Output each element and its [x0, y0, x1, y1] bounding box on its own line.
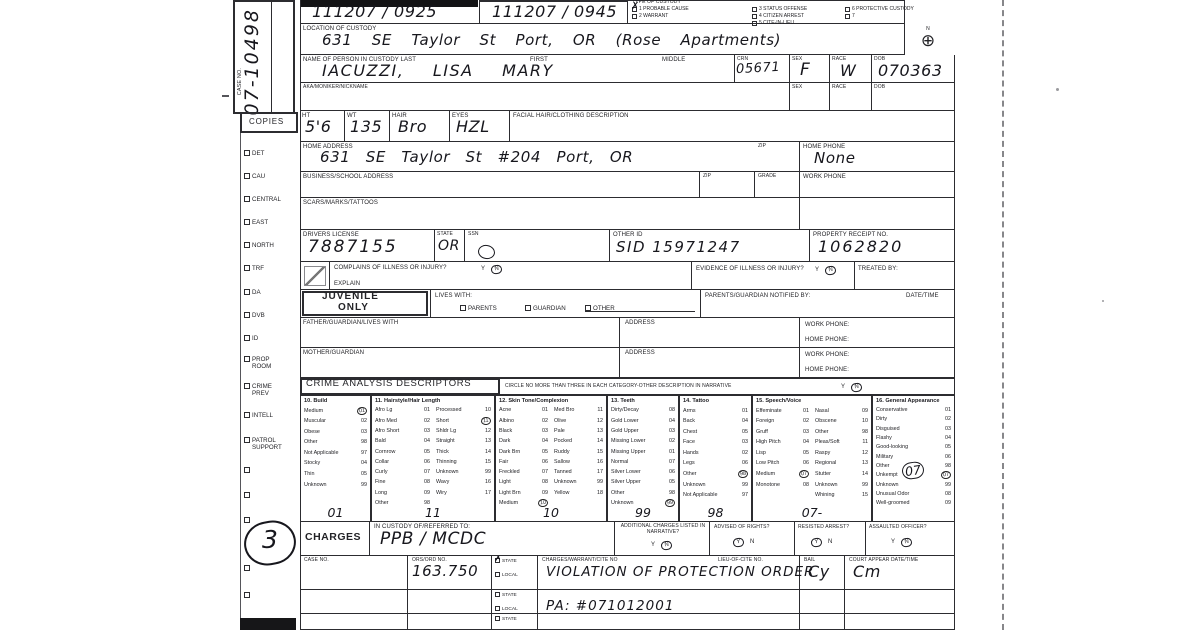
descriptor-entry-code: 17 — [597, 469, 603, 475]
sidebar-item-label: DVB — [252, 312, 265, 319]
descriptor-entry-label: Nasal — [815, 408, 829, 414]
ors-value: 163.750 — [412, 564, 478, 579]
checkbox-icon — [632, 14, 637, 19]
sidebar-item-cau: CAU — [244, 173, 265, 180]
descriptor-entry: Pocked14 — [551, 436, 606, 446]
descriptor-entry: Fair06 — [496, 457, 551, 467]
aka-cell — [300, 83, 790, 111]
sidebar-item-label: CENTRAL — [252, 196, 281, 203]
descriptor-entry-label: Dark Brn — [499, 449, 520, 455]
descriptor-entry-code: 15 — [597, 449, 603, 455]
checkbox-icon — [525, 305, 531, 311]
sidebar-item-prop-room: PROPROOM — [244, 356, 271, 370]
mother-home-phone-label: HOME PHONE: — [805, 367, 849, 374]
descriptor-entry: Missing Lower02 — [608, 436, 678, 446]
advised-rights-label: ADVISED OF RIGHTS? — [714, 525, 770, 531]
descriptor-entry-code: 07 — [424, 469, 430, 475]
state-option: STATE — [495, 592, 537, 599]
descriptor-entry-code: 13 — [862, 460, 868, 466]
descriptor-entry: Nasal09 — [812, 405, 871, 416]
compass-icon: N ⊕ — [916, 26, 940, 49]
descriptor-entry-code: 01 — [742, 408, 748, 414]
descriptor-entry-label: Raspy — [815, 450, 830, 456]
descriptor-entry-label: Stocky — [304, 460, 320, 466]
descriptor-entry-code: 09 — [542, 490, 548, 496]
charge-cell — [300, 614, 408, 630]
assaulted-officer-label: ASSAULTED OFFICER? — [869, 525, 927, 531]
descriptor-entry-code: 04 — [542, 438, 548, 444]
descriptor-entry-code: 12 — [862, 450, 868, 456]
descriptor-entry: Unknown99 — [433, 467, 494, 477]
business-zip-label: ZIP — [703, 174, 711, 180]
descriptor-entry-label: Back — [683, 418, 695, 424]
sidebar-item-label: CAU — [252, 173, 265, 180]
descriptor-col-header: 11. Hairstyle/Hair Length — [372, 396, 494, 405]
checkbox-icon — [495, 572, 500, 577]
case-strip-divider — [271, 0, 272, 112]
descriptor-entry-code: 97 — [742, 492, 748, 498]
descriptor-written-value: 10 — [496, 505, 606, 520]
custody-datetime-value: 111207 / 0925 — [312, 4, 437, 20]
descriptor-entry-label: Silver Lower — [611, 469, 641, 475]
checkbox-icon — [244, 312, 250, 318]
descriptor-entry-code: 01 — [945, 407, 951, 413]
dl-state-value: OR — [438, 239, 460, 253]
treated-by-label: TREATED BY: — [858, 266, 898, 273]
charge-cell: STATELOCAL — [492, 590, 538, 614]
descriptor-entry-label: Disguised — [876, 426, 900, 432]
descriptor-entry: Other98 — [680, 469, 751, 480]
descriptor-entry-label: Low Pitch — [756, 460, 779, 466]
checkbox-icon — [244, 356, 250, 362]
grade-label: GRADE — [758, 174, 776, 180]
mother-work-phone-label: WORK PHONE: — [805, 352, 850, 359]
checkbox-icon — [244, 335, 250, 341]
descriptor-entry-label: Olive — [554, 418, 566, 424]
charge-cell — [800, 614, 845, 630]
sidebar-item-label: TRF — [252, 265, 264, 272]
descriptor-entry: Not Applicable97 — [301, 448, 370, 459]
explain-label: EXPLAIN — [334, 281, 360, 288]
descriptor-entry: Short11 — [433, 416, 494, 426]
charge-cell: STATELOCAL — [492, 556, 538, 590]
sidebar-item-label: DA — [252, 289, 261, 296]
sidebar-blank-item — [244, 517, 252, 523]
lives-with-label: LIVES WITH: — [435, 293, 472, 300]
sidebar-item-id: ID — [244, 335, 258, 342]
copies-header: COPIES — [249, 119, 284, 126]
checkbox-icon — [460, 305, 466, 311]
descriptor-entry-label: Foreign — [756, 418, 774, 424]
descriptor-entry-code: 05 — [742, 429, 748, 435]
descriptor-entry: Gruff03 — [753, 426, 812, 437]
descriptor-entry: Thick14 — [433, 446, 494, 456]
mother-label: MOTHER/GUARDIAN — [303, 350, 364, 357]
descriptor-entry-label: Light — [499, 479, 511, 485]
custody-type-label: 3 STATUS OFFENSE — [759, 7, 807, 13]
descriptor-entry-label: Unknown — [683, 482, 705, 488]
descriptor-entry: Afro Short03 — [372, 426, 433, 436]
descriptor-entry-label: Missing Lower — [611, 438, 645, 444]
sidebar-item-label: PATROLSUPPORT — [252, 437, 282, 451]
descriptor-entry-code: 06 — [669, 469, 675, 475]
custody-type-label: 7 — [852, 14, 855, 20]
descriptor-entry-label: Well-groomed — [876, 500, 909, 506]
sex-value: F — [800, 62, 810, 79]
scars-label: SCARS/MARKS/TATTOOS — [303, 200, 378, 207]
descriptor-entry-code: 10 — [862, 418, 868, 424]
additional-charges-yn: YN — [648, 541, 675, 550]
descriptor-entry-code: 09 — [945, 500, 951, 506]
descriptor-entry: Foreign02 — [753, 416, 812, 427]
descriptor-entry: Olive12 — [551, 416, 606, 426]
father-home-phone-label: HOME PHONE: — [805, 337, 849, 344]
descriptor-entry: Arms01 — [680, 405, 751, 416]
descriptor-entry-label: Pocked — [554, 438, 572, 444]
descriptor-entry-label: Obscene — [815, 418, 837, 424]
descriptor-entry-code: 11 — [597, 407, 603, 413]
descriptor-entry-code: 97 — [361, 450, 367, 456]
descriptor-entry: Thin05 — [301, 469, 370, 480]
descriptor-entry-code: 06 — [742, 460, 748, 466]
local-option: LOCAL — [495, 572, 537, 579]
descriptor-entry-label: Thinning — [436, 459, 457, 465]
checkbox-icon — [244, 196, 250, 202]
lives-with-option-label: GUARDIAN — [533, 305, 566, 312]
descriptor-entry-label: Gruff — [756, 429, 768, 435]
descriptor-entry-code: 04 — [669, 418, 675, 424]
sidebar-item-da: DA — [244, 289, 261, 296]
descriptor-col-build: 10. BuildMedium01Muscular02Obese03Other9… — [300, 395, 371, 522]
checkbox-icon — [244, 592, 250, 598]
descriptor-entry: Collar06 — [372, 457, 433, 467]
sidebar-blank-item — [244, 467, 252, 473]
descriptor-entry-code: 98 — [862, 429, 868, 435]
descriptor-entry-label: Ruddy — [554, 449, 570, 455]
descriptor-entry: Lisp05 — [753, 448, 812, 459]
descriptor-entry: High Pitch04 — [753, 437, 812, 448]
descriptor-entry-code: 08 — [669, 407, 675, 413]
case-no-label: CASE NO. — [304, 558, 329, 564]
lieu-label: LIEU-OF-CITE NO. — [718, 558, 763, 564]
descriptor-entry-label: Stutter — [815, 471, 831, 477]
descriptor-entry-label: Short — [436, 418, 449, 424]
descriptor-entry-label: Afro Lg — [375, 407, 392, 413]
lives-with-option: PARENTS — [460, 305, 497, 312]
checkbox-icon — [495, 592, 500, 597]
descriptor-entry-code: 18 — [597, 490, 603, 496]
descriptor-entry: Raspy12 — [812, 448, 871, 459]
descriptor-entry: Conservative01 — [873, 405, 954, 414]
descriptor-entry-code: 14 — [485, 449, 491, 455]
descriptor-entry-code: 98 — [361, 439, 367, 445]
descriptor-entry: Normal07 — [608, 457, 678, 467]
descriptor-entry-label: Silver Upper — [611, 479, 641, 485]
descriptor-entry-label: Conservative — [876, 407, 907, 413]
descriptor-entry-code: 98 — [738, 470, 749, 479]
descriptor-entry: Unknown99 — [301, 479, 370, 490]
sidebar-item-central: CENTRAL — [244, 196, 281, 203]
descriptor-entry: Dark04 — [496, 436, 551, 446]
custody-type-option: 2 WARRANT — [632, 14, 668, 20]
custody-type-option: 4 CITIZEN ARREST — [752, 14, 804, 20]
checkbox-icon — [495, 616, 500, 621]
descriptor-entry-label: Normal — [611, 459, 628, 465]
scanned-custody-report: CASE NO. 07-10498 COPIES DETCAUCENTRALEA… — [0, 0, 1200, 630]
descriptor-entry: Cornrow05 — [372, 446, 433, 456]
custody-type-option: 3 STATUS OFFENSE — [752, 7, 807, 13]
descriptor-entry-code: 05 — [945, 444, 951, 450]
evidence-yn: YN — [812, 266, 839, 275]
sidebar-item-label: ID — [252, 335, 258, 342]
descriptor-entry-label: Unknown — [815, 482, 837, 488]
descriptor-entry — [753, 490, 812, 501]
descriptor-entry: Obese03 — [301, 426, 370, 437]
descriptor-entry-label: Fine — [375, 479, 386, 485]
descriptor-entry-label: Face — [683, 439, 695, 445]
checkbox-icon — [495, 558, 500, 563]
descriptor-entry: Gold Lower04 — [608, 416, 678, 426]
aka-label: AKA/MONIKER/NICKNAME — [303, 85, 368, 91]
descriptor-entry-code: 07 — [941, 471, 952, 480]
charge-cell — [845, 614, 955, 630]
father-work-phone-label: WORK PHONE: — [805, 322, 850, 329]
descriptor-entry: Sallow16 — [551, 457, 606, 467]
descriptor-entry: Disguised03 — [873, 424, 954, 433]
other-blank-line — [585, 311, 695, 312]
descriptor-entry-label: Sallow — [554, 459, 570, 465]
descriptor-entry-code: 07 — [799, 470, 810, 479]
descriptor-entry-code: 01 — [424, 407, 430, 413]
descriptor-entry: Unknown99 — [812, 479, 871, 490]
crn-value: 05671 — [736, 61, 781, 76]
sidebar-item-det: DET — [244, 150, 264, 157]
scan-speck — [1102, 300, 1104, 302]
descriptor-entry-code: 05 — [361, 471, 367, 477]
descriptor-entry-label: Unknown — [554, 479, 576, 485]
descriptor-entry-label: Chest — [683, 429, 697, 435]
dl-state-label: STATE — [437, 232, 453, 238]
descriptor-entry-label: Legs — [683, 460, 695, 466]
descriptor-entry-code: 03 — [542, 428, 548, 434]
descriptor-entry: Missing Upper01 — [608, 446, 678, 456]
descriptor-entry-label: Whining — [815, 492, 834, 498]
descriptor-entry-code: 13 — [485, 438, 491, 444]
descriptor-entry-label: Not Applicable — [683, 492, 717, 498]
local-label: LOCAL — [502, 606, 518, 613]
descriptor-entry: Low Pitch06 — [753, 458, 812, 469]
charge-tally-value: 3 — [262, 527, 279, 552]
descriptor-entry-label: Gold Upper — [611, 428, 639, 434]
father-label: FATHER/GUARDIAN/LIVES WITH — [303, 320, 398, 327]
descriptor-entry-label: Tanned — [554, 469, 572, 475]
eyes-value: HZL — [456, 119, 490, 135]
descriptor-entry: Back04 — [680, 416, 751, 427]
charge-cell: STATELOCAL — [492, 614, 538, 630]
drivers-license-value: 7887155 — [308, 239, 398, 256]
descriptor-entry-code: 02 — [669, 438, 675, 444]
home-address-value: 631 SE Taylor St #204 Port, OR — [320, 150, 633, 165]
sidebar-blank-item — [244, 565, 252, 571]
charge-cell — [408, 590, 492, 614]
sidebar-item-north: NORTH — [244, 242, 274, 249]
descriptor-entry: Well-groomed09 — [873, 499, 954, 508]
descriptor-entry-code: 04 — [742, 418, 748, 424]
state-label: STATE — [502, 616, 517, 623]
sidebar-item-label: NORTH — [252, 242, 274, 249]
descriptor-entry-label: Freckled — [499, 469, 520, 475]
descriptor-entry: Tanned17 — [551, 467, 606, 477]
checkbox-icon — [632, 7, 637, 12]
local-label: LOCAL — [502, 572, 518, 579]
descriptor-entry: Medium07 — [753, 469, 812, 480]
descriptor-entry-code: 03 — [945, 426, 951, 432]
descriptor-entry: Regional13 — [812, 458, 871, 469]
sidebar-item-intell: INTELL — [244, 412, 273, 419]
descriptor-col-hairstyle-hair-length: 11. Hairstyle/Hair LengthAfro Lg01Proces… — [371, 395, 495, 522]
custody-type-label: 4 CITIZEN ARREST — [759, 14, 804, 20]
custody-type-option: 7 — [845, 14, 855, 20]
bail-value: Cy — [808, 564, 830, 580]
descriptor-entry-label: Unknown — [876, 482, 898, 488]
descriptor-entry-code: 02 — [803, 418, 809, 424]
descriptor-entry-label: Missing Upper — [611, 449, 645, 455]
descriptor-entry: Processed10 — [433, 405, 494, 415]
other-id-value: SID 15971247 — [616, 240, 741, 255]
descriptor-entry-label: Dirty/Decay — [611, 407, 639, 413]
descriptor-entry-label: Pleas/Soft — [815, 439, 840, 445]
descriptor-written-value: 07- — [753, 505, 871, 520]
descriptor-entry-label: Curly — [375, 469, 388, 475]
sidebar-left-rule — [240, 133, 241, 620]
descriptor-entry-label: Arms — [683, 408, 696, 414]
descriptor-written-value: 11 — [372, 505, 494, 520]
descriptor-entry-label: Regional — [815, 460, 836, 466]
descriptor-entry-code: 03 — [424, 428, 430, 434]
descriptor-entry-code: 08 — [803, 482, 809, 488]
descriptor-entry: Obscene10 — [812, 416, 871, 427]
sidebar-blank-item — [244, 492, 252, 498]
descriptor-col-general-appearance: 16. General AppearanceConservative01Dirt… — [872, 395, 955, 522]
resisted-arrest-label: RESISTED ARREST? — [798, 525, 849, 531]
home-phone-value: None — [814, 151, 856, 166]
descriptor-entry-label: Monotone — [756, 482, 780, 488]
descriptor-entry-code: 15 — [485, 459, 491, 465]
state-label: STATE — [502, 558, 517, 565]
descriptor-entry-code: 08 — [424, 479, 430, 485]
custody-type-label: 1 PROBABLE CAUSE — [639, 7, 689, 13]
descriptor-entry-label: Processed — [436, 407, 461, 413]
descriptor-entry-code: 98 — [945, 463, 951, 469]
descriptor-entry: Black03 — [496, 426, 551, 436]
descriptor-entry-code: 02 — [945, 416, 951, 422]
juvenile-title1: JUVENILE — [322, 294, 379, 301]
descriptor-entry: Monotone08 — [753, 479, 812, 490]
descriptor-col-header: 13. Teeth — [608, 396, 678, 405]
descriptor-entry-code: 06 — [945, 454, 951, 460]
work-phone-label: WORK PHONE — [803, 174, 846, 181]
state-option: STATE — [495, 616, 537, 623]
descriptor-col-header: 12. Skin Tone/Complexion — [496, 396, 606, 405]
descriptor-entry: Muscular02 — [301, 416, 370, 427]
sex2-label: SEX — [792, 85, 802, 91]
descriptor-entry-label: Medium — [756, 471, 775, 477]
descriptor-entry-label: Wavy — [436, 479, 449, 485]
descriptor-col-header: 15. Speech/Voice — [753, 396, 871, 405]
scars-right-cell — [800, 198, 955, 230]
checkbox-icon — [244, 150, 250, 156]
descriptor-col-header: 14. Tattoo — [680, 396, 751, 405]
hair-value: Bro — [398, 119, 427, 135]
descriptor-entry: Fine08 — [372, 477, 433, 487]
descriptor-entries: Acne01Med Bro11Albino02Olive12Black03Pal… — [496, 405, 606, 508]
descriptor-entry-code: 04 — [803, 439, 809, 445]
descriptor-entry-code: 14 — [862, 471, 868, 477]
checkbox-icon — [845, 14, 850, 19]
descriptor-entry-code: 02 — [361, 418, 367, 424]
business-address-label: BUSINESS/SCHOOL ADDRESS — [303, 174, 393, 181]
descriptor-col-teeth: 13. TeethDirty/Decay08Gold Lower04Gold U… — [607, 395, 679, 522]
descriptor-entry: Pale13 — [551, 426, 606, 436]
descriptor-entry: Light Brn09 — [496, 488, 551, 498]
descriptor-entry: Unknown99 — [680, 479, 751, 490]
descriptor-entries: Medium01Muscular02Obese03Other98Not Appl… — [301, 405, 370, 490]
descriptor-entry: Unusual Odor08 — [873, 489, 954, 498]
descriptor-entry-code: 03 — [669, 428, 675, 434]
descriptor-col-speech-voice: 15. Speech/VoiceEffeminate01Nasal09Forei… — [752, 395, 872, 522]
checkbox-icon — [752, 7, 757, 12]
sidebar-item-label: DET — [252, 150, 264, 157]
descriptor-entry-code: 99 — [945, 482, 951, 488]
descriptor-entry-code: 03 — [361, 429, 367, 435]
descriptor-entry: Wavy16 — [433, 477, 494, 487]
descriptor-entry-code: 02 — [742, 450, 748, 456]
descriptor-entry-label: Cornrow — [375, 449, 395, 455]
descriptor-entry-code: 16 — [597, 459, 603, 465]
checkbox-icon — [244, 289, 250, 295]
descriptor-entry-code: 12 — [485, 428, 491, 434]
descriptor-entry: Afro Lg01 — [372, 405, 433, 415]
notified-by-label: PARENTS/GUARDIAN NOTIFIED BY: — [705, 293, 810, 300]
descriptor-entry: Bald04 — [372, 436, 433, 446]
descriptor-entry-label: Afro Med — [375, 418, 397, 424]
descriptor-entry: Chest05 — [680, 426, 751, 437]
resisted-arrest-yn: YN — [808, 538, 835, 547]
descriptor-entry-code: 17 — [485, 490, 491, 496]
descriptor-entry: Whining15 — [812, 490, 871, 501]
descriptor-entry-label: Albino — [499, 418, 514, 424]
descriptor-entry-label: Other — [683, 471, 696, 477]
descriptor-entry-label: Straight — [436, 438, 455, 444]
descriptor-entry-label: Hands — [683, 450, 699, 456]
descriptor-entries: Arms01Back04Chest05Face03Hands02Legs06Ot… — [680, 405, 751, 500]
lives-with-option-label: PARENTS — [468, 305, 497, 312]
descriptor-entry: Light08 — [496, 477, 551, 487]
sidebar-item-patrol-support: PATROLSUPPORT — [244, 437, 282, 451]
descriptor-entry: Dirty/Decay08 — [608, 405, 678, 415]
descriptor-entry-label: Dirty — [876, 416, 887, 422]
sidebar-item-label: EAST — [252, 219, 268, 226]
descriptor-entry-label: Other — [611, 490, 624, 496]
second-datetime-value: 111207 / 0945 — [492, 4, 617, 20]
checkbox-icon — [495, 606, 500, 611]
descriptor-entry-code: 99 — [485, 469, 491, 475]
descriptor-entry-code: 06 — [803, 460, 809, 466]
descriptor-entry-label: Med Bro — [554, 407, 574, 413]
additional-charges-label: ADDITIONAL CHARGES LISTED IN NARRATIVE? — [619, 524, 707, 535]
charge-cell — [538, 614, 800, 630]
descriptor-entry-code: 02 — [424, 418, 430, 424]
